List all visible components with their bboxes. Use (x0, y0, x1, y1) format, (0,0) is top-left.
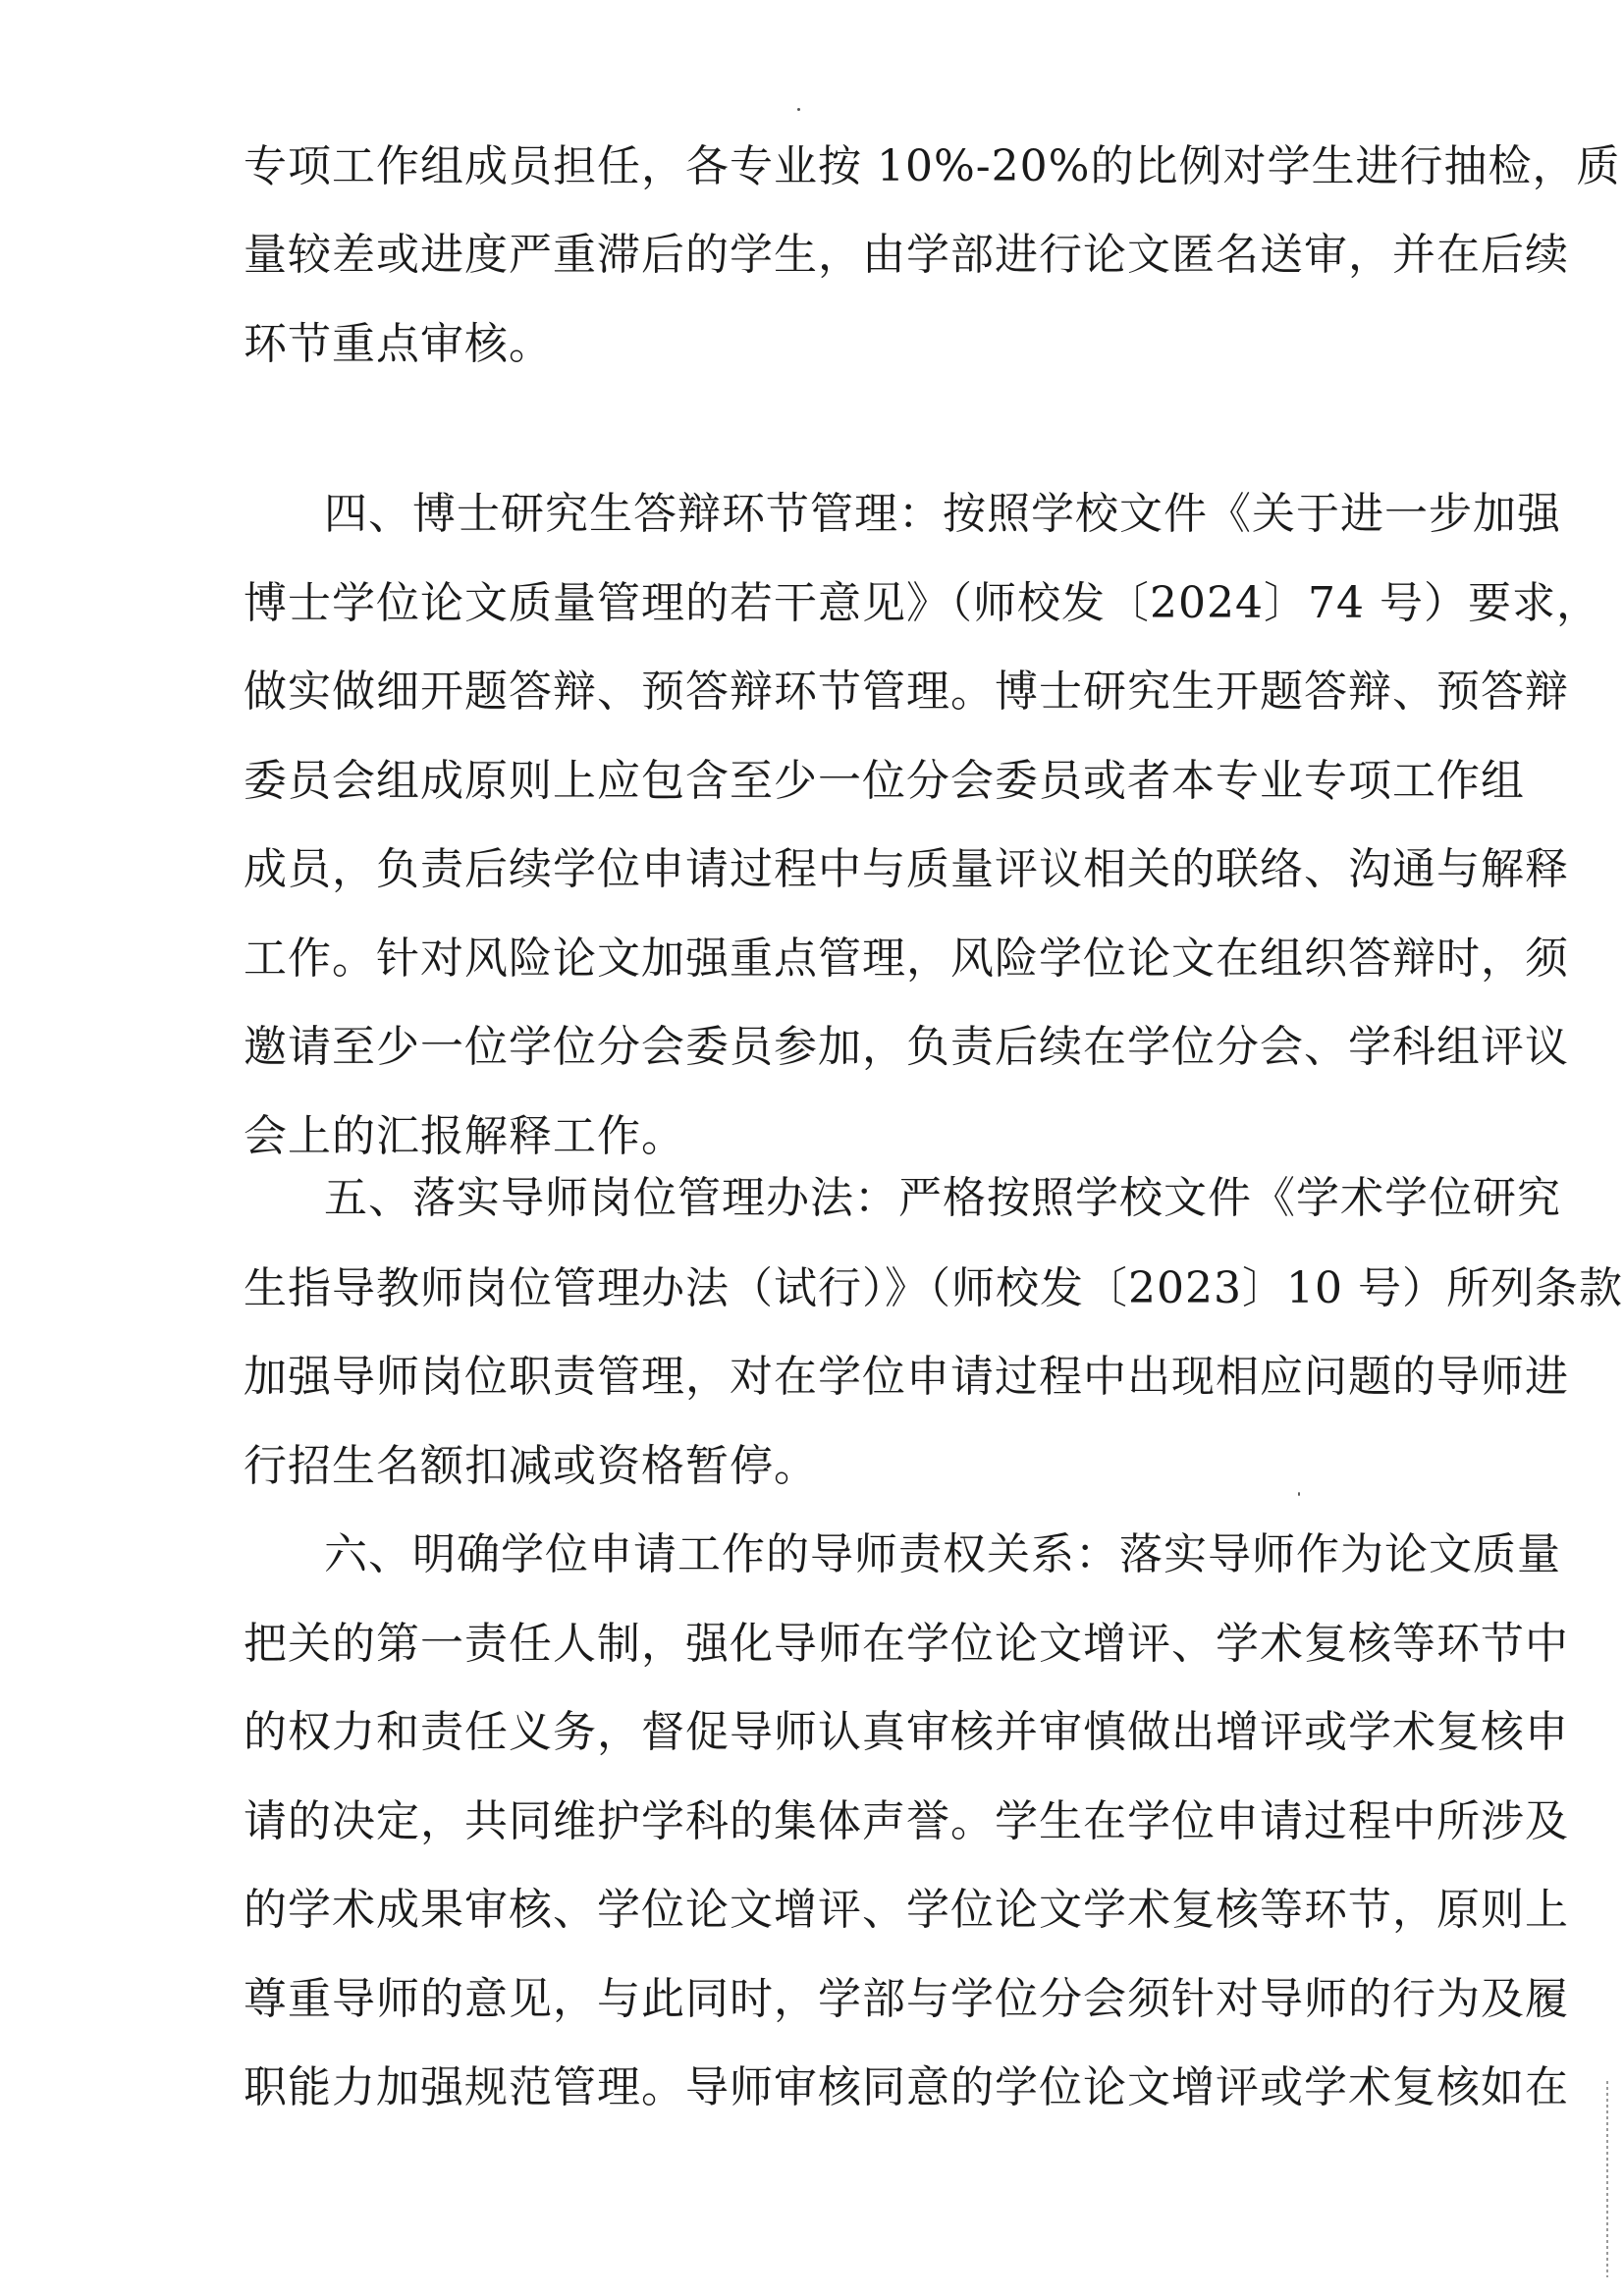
p6-line-3: 的权力和责任义务，督促导师认真审核并审慎做出增评或学术复核申 (244, 1703, 1382, 1762)
scan-edge-marks (1606, 2081, 1608, 2277)
p4-line-5: 成员，负责后续学位申请过程中与质量评议相关的联络、沟通与解释 (244, 840, 1382, 899)
p6-line-6: 尊重导师的意见，与此同时，学部与学位分会须针对导师的行为及履 (244, 1970, 1382, 2029)
scan-speck (797, 108, 800, 111)
p4-line-8: 会上的汇报解释工作。 (244, 1107, 1382, 1166)
p4-line-4: 委员会组成原则上应包含至少一位分会委员或者本专业专项工作组 (244, 752, 1382, 811)
p6-line-2: 把关的第一责任人制，强化导师在学位论文增评、学术复核等环节中 (244, 1615, 1382, 1674)
p3-line-1: 专项工作组成员担任，各专业按 10%-20%的比例对学生进行抽检，质 (244, 137, 1382, 196)
p5-line-2: 生指导教师岗位管理办法（试行）》（师校发〔2023〕10 号）所列条款， (244, 1259, 1382, 1318)
scan-speck (1298, 1492, 1300, 1496)
p6-line-1: 六、明确学位申请工作的导师责权关系：落实导师作为论文质量 (324, 1525, 1382, 1584)
p6-line-4: 请的决定，共同维护学科的集体声誉。学生在学位申请过程中所涉及 (244, 1792, 1382, 1851)
p3-line-2: 量较差或进度严重滞后的学生，由学部进行论文匿名送审，并在后续 (244, 226, 1382, 285)
p4-line-7: 邀请至少一位学位分会委员参加，负责后续在学位分会、学科组评议 (244, 1018, 1382, 1077)
p5-line-3: 加强导师岗位职责管理，对在学位申请过程中出现相应问题的导师进 (244, 1348, 1382, 1407)
p5-line-4: 行招生名额扣减或资格暂停。 (244, 1437, 1382, 1496)
p6-line-7: 职能力加强规范管理。导师审核同意的学位论文增评或学术复核如在 (244, 2058, 1382, 2117)
p4-line-6: 工作。针对风险论文加强重点管理，风险学位论文在组织答辩时，须 (244, 930, 1382, 988)
p4-line-1: 四、博士研究生答辩环节管理：按照学校文件《关于进一步加强 (324, 485, 1382, 544)
p6-line-5: 的学术成果审核、学位论文增评、学位论文学术复核等环节，原则上 (244, 1881, 1382, 1940)
p3-line-3: 环节重点审核。 (244, 315, 1382, 374)
p5-line-1: 五、落实导师岗位管理办法：严格按照学校文件《学术学位研究 (324, 1169, 1382, 1228)
p4-line-3: 做实做细开题答辩、预答辩环节管理。博士研究生开题答辩、预答辩 (244, 663, 1382, 721)
p4-line-2: 博士学位论文质量管理的若干意见》（师校发〔2024〕74 号）要求， (244, 574, 1382, 633)
document-page: 专项工作组成员担任，各专业按 10%-20%的比例对学生进行抽检，质 量较差或进… (0, 0, 1624, 2296)
